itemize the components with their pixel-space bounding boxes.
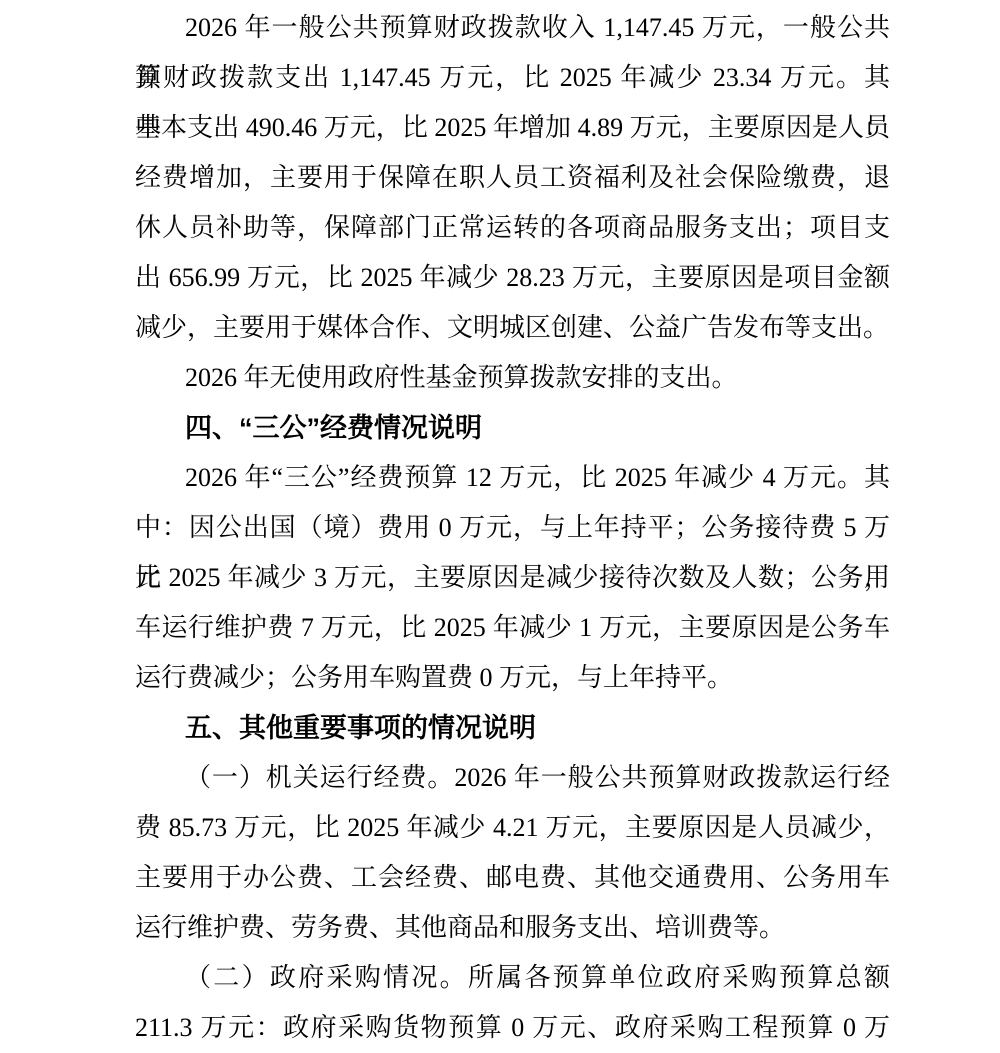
paragraph-line: 运行费减少；公务用车购置费 0 万元，与上年持平。: [135, 653, 890, 703]
section-heading-sangong: 四、“三公”经费情况说明: [135, 403, 890, 453]
paragraph-line: 车运行维护费 7 万元，比 2025 年减少 1 万元，主要原因是公务车: [135, 603, 890, 653]
paragraph-line: 算财政拨款支出 1,147.45 万元，比 2025 年减少 23.34 万元。…: [135, 53, 890, 103]
paragraph-line: 费 85.73 万元，比 2025 年减少 4.21 万元，主要原因是人员减少，: [135, 803, 890, 853]
paragraph-line: 211.3 万元：政府采购货物预算 0 万元、政府采购工程预算 0 万元、: [135, 1003, 890, 1053]
paragraph-line: 经费增加，主要用于保障在职人员工资福利及社会保险缴费，退: [135, 153, 890, 203]
paragraph-line: 出 656.99 万元，比 2025 年减少 28.23 万元，主要原因是项目金…: [135, 253, 890, 303]
paragraph-line: （一）机关运行经费。2026 年一般公共预算财政拨款运行经: [135, 753, 890, 803]
paragraph-line: 减少，主要用于媒体合作、文明城区创建、公益广告发布等支出。: [135, 303, 890, 353]
document-page: 2026 年一般公共预算财政拨款收入 1,147.45 万元，一般公共预 算财政…: [0, 0, 1000, 1053]
paragraph-line: 2026 年一般公共预算财政拨款收入 1,147.45 万元，一般公共预: [135, 3, 890, 53]
paragraph-line: 休人员补助等，保障部门正常运转的各项商品服务支出；项目支: [135, 203, 890, 253]
section-heading-other-matters: 五、其他重要事项的情况说明: [135, 703, 890, 753]
paragraph-line: 比 2025 年减少 3 万元，主要原因是减少接待次数及人数；公务用: [135, 553, 890, 603]
paragraph-line: 2026 年“三公”经费预算 12 万元，比 2025 年减少 4 万元。其: [135, 453, 890, 503]
paragraph-line: 中：因公出国（境）费用 0 万元，与上年持平；公务接待费 5 万元，: [135, 503, 890, 553]
paragraph-line: 基本支出 490.46 万元，比 2025 年增加 4.89 万元，主要原因是人…: [135, 103, 890, 153]
paragraph-line: 主要用于办公费、工会经费、邮电费、其他交通费用、公务用车: [135, 853, 890, 903]
paragraph-line: （二）政府采购情况。所属各预算单位政府采购预算总额: [135, 953, 890, 1003]
paragraph-line: 运行维护费、劳务费、其他商品和服务支出、培训费等。: [135, 903, 890, 953]
text-column: 2026 年一般公共预算财政拨款收入 1,147.45 万元，一般公共预 算财政…: [135, 3, 890, 1053]
paragraph-line: 2026 年无使用政府性基金预算拨款安排的支出。: [135, 353, 890, 403]
